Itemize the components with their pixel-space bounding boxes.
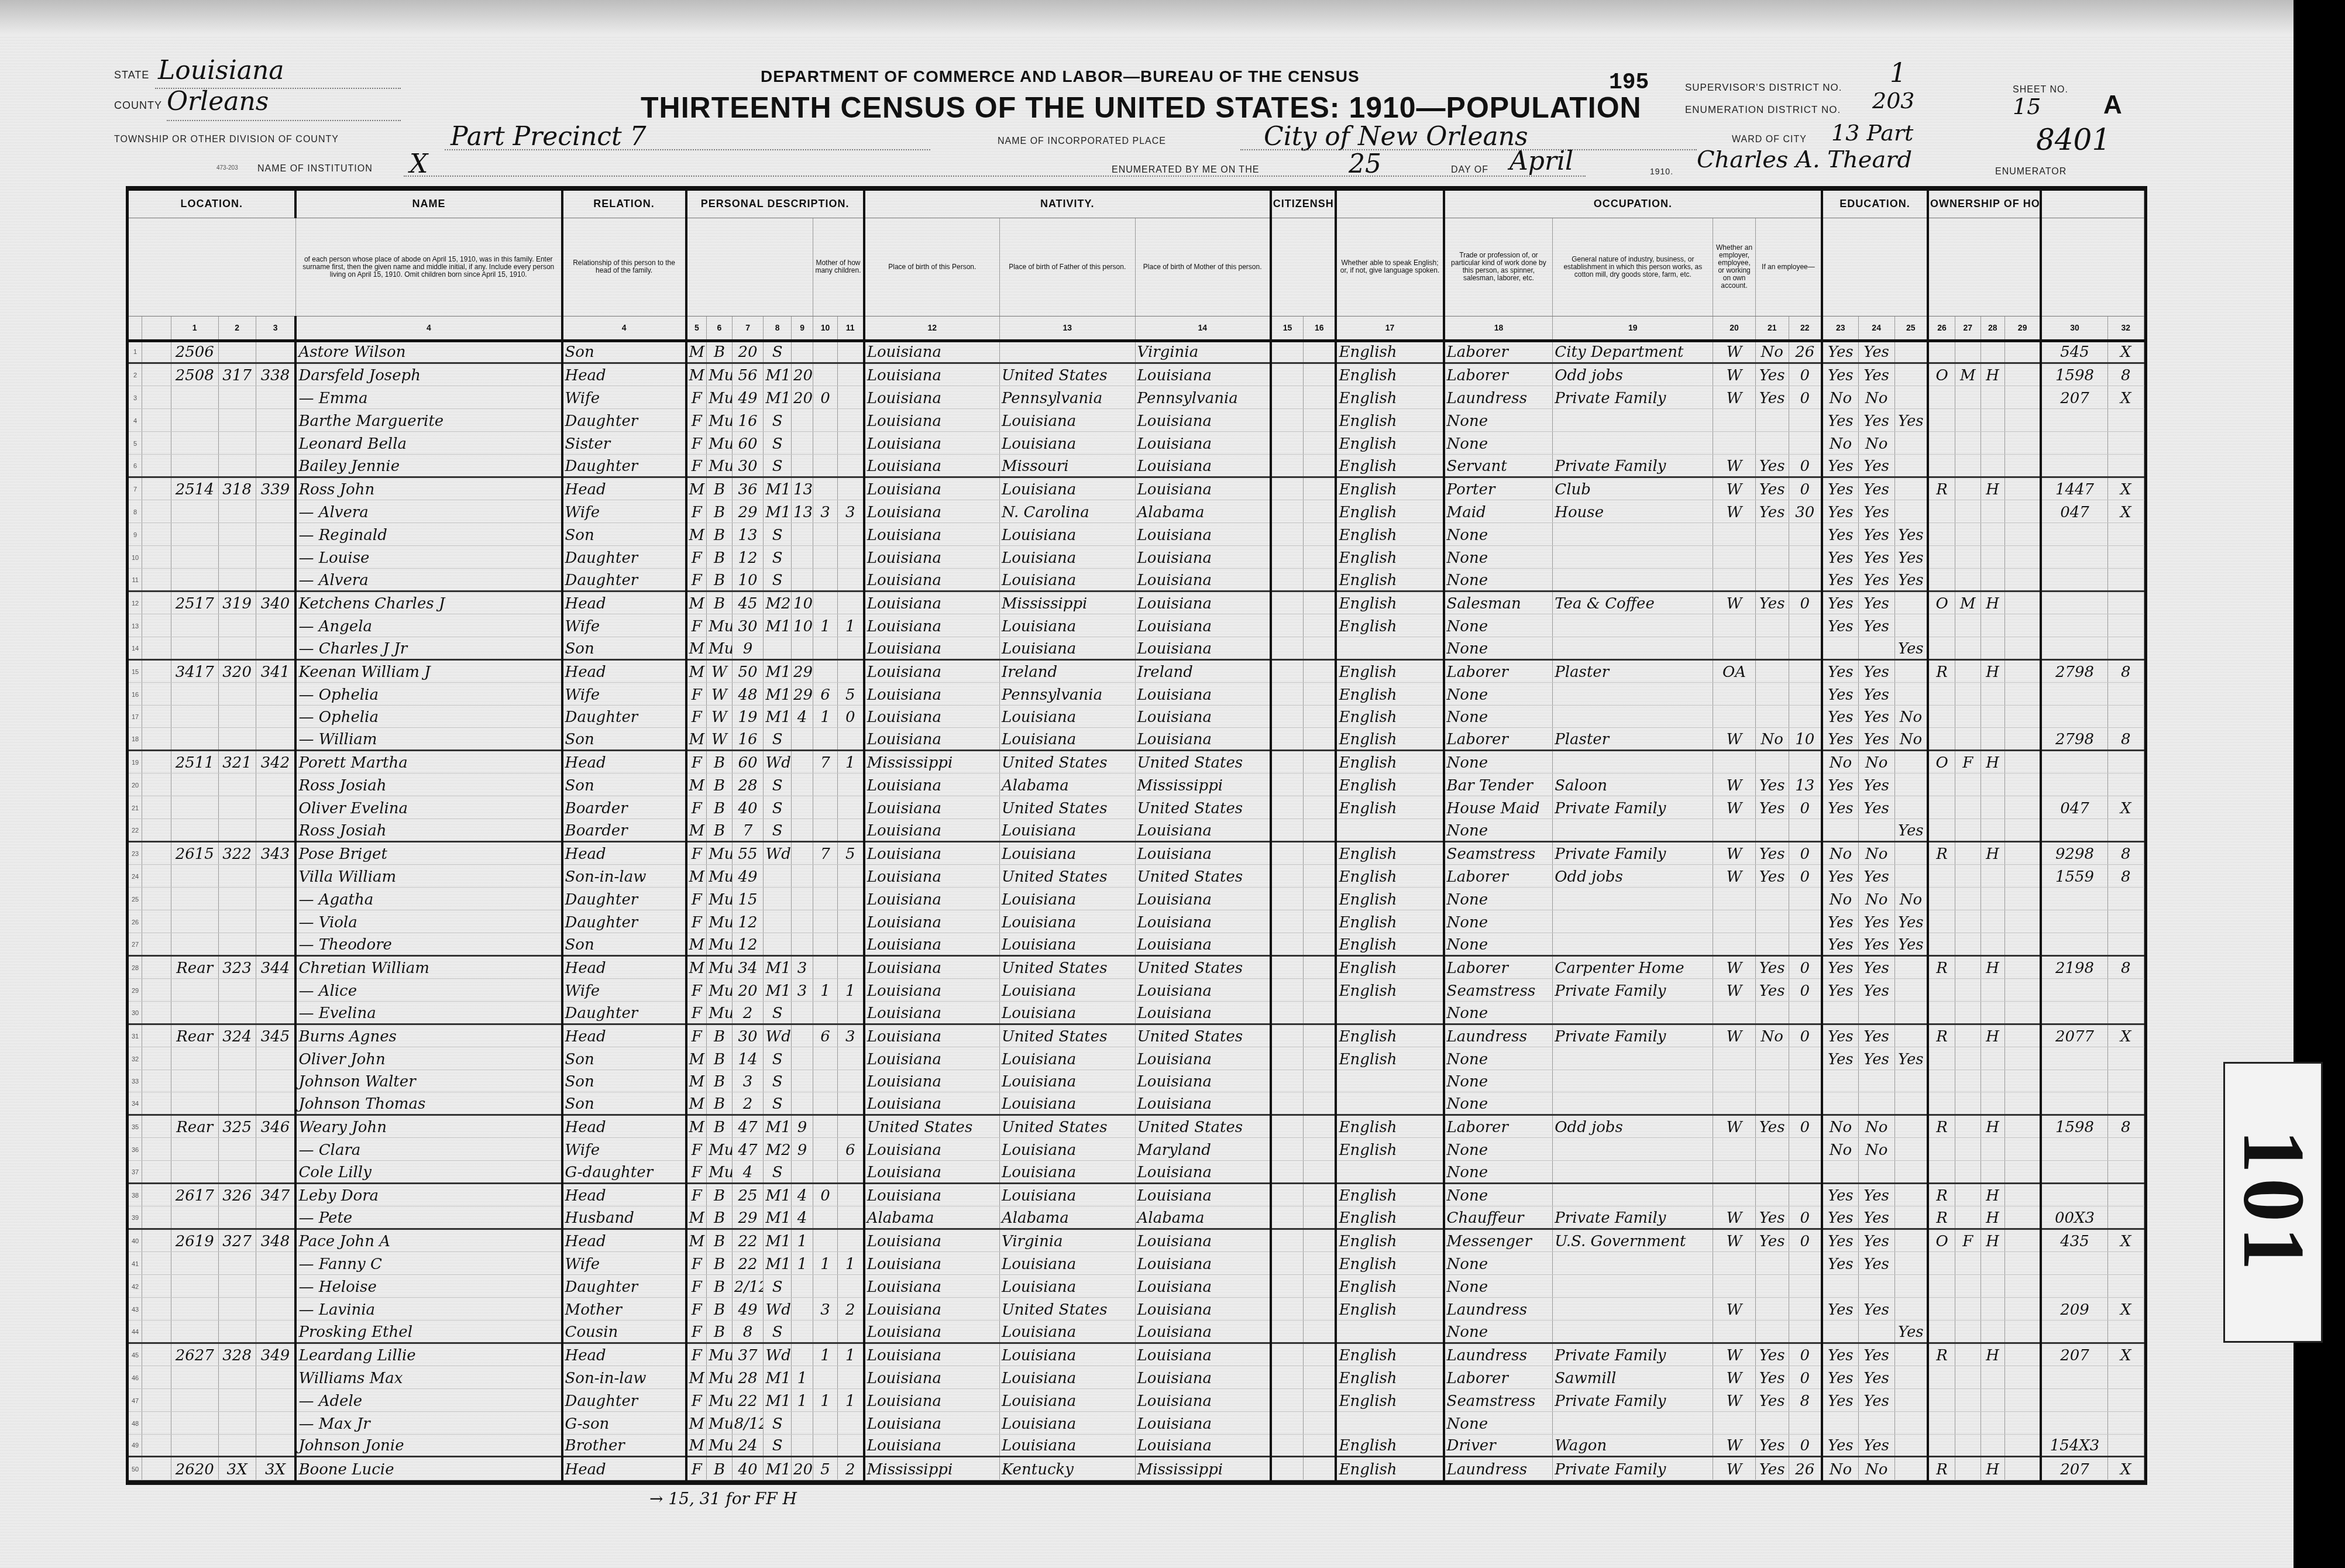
school-cell [1894,1184,1928,1206]
dwelling-number [218,455,256,477]
weeks-out-cell [1789,1184,1822,1206]
write-cell [1858,1092,1894,1115]
read-cell: Yes [1822,773,1858,796]
children-living-cell [837,728,864,751]
read-cell: No [1822,888,1858,910]
farm-house-cell [1980,978,2004,1001]
employment-class-cell: W [1713,1206,1755,1229]
language-cell [1336,1320,1443,1343]
house-number: Rear [171,955,218,978]
dwelling-number [218,819,256,842]
birthplace-cell: Louisiana [864,842,1000,865]
employment-class-cell [1713,1252,1755,1275]
father-birthplace-cell: Louisiana [999,432,1135,455]
code-cell [2041,409,2107,432]
naturalized-cell [1304,1206,1336,1229]
family-number: 347 [256,1184,295,1206]
family-number [256,1252,295,1275]
birthplace-cell: Louisiana [864,933,1000,955]
dwelling-number [218,523,256,546]
family-number [256,865,295,888]
census-row: 35 Rear 325 346 Weary John Head M B 47 M… [129,1115,2144,1138]
col-num: 27 [1955,316,1980,341]
naturalized-cell [1304,363,1336,386]
census-row: 22 Ross Josiah Boarder M B 7 S Louisiana… [129,819,2144,842]
mortgage-cell [1955,865,1980,888]
out-of-work-cell [1755,568,1789,591]
out-of-work-cell: Yes [1755,591,1789,614]
citizenship-desc [1271,218,1336,316]
children-living-cell [837,1229,864,1252]
person-name: — William [295,728,562,751]
mark-cell [2107,591,2144,614]
dwelling-number: 322 [218,842,256,865]
person-name: — Alice [295,978,562,1001]
street-cell [142,568,171,591]
naturalized-cell [1304,1001,1336,1024]
write-cell: Yes [1858,1366,1894,1388]
page-title: THIRTEENTH CENSUS OF THE UNITED STATES: … [641,91,1642,125]
industry-cell [1553,819,1713,842]
out-of-work-cell: Yes [1755,1115,1789,1138]
mortgage-cell [1955,1434,1980,1457]
birthplace-cell: Louisiana [864,1138,1000,1161]
line-number: 43 [129,1297,142,1320]
color-cell: B [707,500,732,523]
trade-cell: Messenger [1444,1229,1553,1252]
group-language [1336,191,1443,218]
person-name: — Reginald [295,523,562,546]
street-cell [142,1161,171,1184]
school-cell [1894,1411,1928,1434]
owned-cell [1928,432,1955,455]
dwelling-number: 327 [218,1229,256,1252]
family-number [256,1161,295,1184]
read-cell [1822,1001,1858,1024]
census-row: 18 — William Son M W 16 S Louisiana Loui… [129,728,2144,751]
trade-cell: None [1444,682,1553,705]
farm-house-cell [1980,1138,2004,1161]
naturalized-cell [1304,1115,1336,1138]
children-born-cell [813,341,837,363]
years-married-cell: 4 [792,705,813,728]
color-cell: W [707,659,732,682]
industry-cell: Carpenter Home [1553,955,1713,978]
birthplace-cell: Louisiana [864,865,1000,888]
census-row: 14 — Charles J Jr Son M Mu 9 Louisiana L… [129,637,2144,659]
house-number: 3417 [171,659,218,682]
relation-cell: Head [562,1229,686,1252]
family-number [256,1092,295,1115]
marital-cell: S [764,455,792,477]
code-cell: 2798 [2041,728,2107,751]
mortgage-cell: M [1955,363,1980,386]
read-cell [1822,819,1858,842]
house-number [171,865,218,888]
street-cell [142,751,171,773]
weeks-out-cell [1789,682,1822,705]
census-row: 4 Barthe Marguerite Daughter F Mu 16 S L… [129,409,2144,432]
state-label: State [114,69,149,81]
sex-cell: M [686,637,707,659]
schedule-cell [2004,796,2041,819]
owned-cell [1928,1138,1955,1161]
school-cell [1894,500,1928,523]
mother-birthplace-cell: Mississippi [1135,1457,1271,1480]
marital-cell [764,637,792,659]
line-number: 28 [129,955,142,978]
person-name: — Emma [295,386,562,409]
naturalized-cell [1304,1274,1336,1297]
color-cell: Mu [707,1411,732,1434]
person-name: Johnson Jonie [295,1434,562,1457]
dwelling-number: 323 [218,955,256,978]
father-birthplace-cell: Louisiana [999,1001,1135,1024]
trade-cell: Laundress [1444,1024,1553,1047]
children-living-cell: 1 [837,1343,864,1366]
dwelling-number [218,1434,256,1457]
person-name: — Charles J Jr [295,637,562,659]
code-cell [2041,1366,2107,1388]
birthplace-cell: Louisiana [864,796,1000,819]
industry-cell: Odd jobs [1553,363,1713,386]
line-number: 21 [129,796,142,819]
years-married-cell: 29 [792,659,813,682]
sex-cell: M [686,1434,707,1457]
mortgage-cell [1955,1070,1980,1092]
sex-cell: M [686,1366,707,1388]
years-married-cell: 20 [792,1457,813,1480]
children-living-cell: 1 [837,1388,864,1411]
write-cell: Yes [1858,1297,1894,1320]
house-number [171,728,218,751]
immigration-year-cell [1271,1070,1304,1092]
house-number [171,500,218,523]
page-tab-label: 101 [2223,1062,2323,1343]
out-of-work-cell: Yes [1755,477,1789,500]
day-of-label: day of [1451,165,1488,176]
mother-birthplace-cell: Louisiana [1135,1070,1271,1092]
mortgage-cell [1955,705,1980,728]
owned-cell [1928,1411,1955,1434]
weeks-out-cell: 0 [1789,477,1822,500]
color-cell: B [707,1092,732,1115]
employment-class-cell: W [1713,978,1755,1001]
schedule-cell [2004,865,2041,888]
weeks-out-cell: 13 [1789,773,1822,796]
marital-cell [764,933,792,955]
weeks-out-cell: 0 [1789,978,1822,1001]
language-cell [1336,1001,1443,1024]
col-num: 32 [2107,316,2144,341]
owned-cell: R [1928,1184,1955,1206]
father-birthplace-cell: United States [999,1297,1135,1320]
employment-class-cell: W [1713,1343,1755,1366]
owned-cell [1928,773,1955,796]
trade-cell: None [1444,614,1553,637]
immigration-year-cell [1271,1343,1304,1366]
father-birthplace-cell: Ireland [999,659,1135,682]
dwelling-number [218,865,256,888]
color-cell: B [707,523,732,546]
mortgage-cell [1955,568,1980,591]
color-cell: Mu [707,1434,732,1457]
group-personal-description: PERSONAL DESCRIPTION. [686,191,864,218]
dwelling-number [218,1138,256,1161]
children-born-cell [813,1001,837,1024]
trade-cell: Servant [1444,455,1553,477]
county-label: County [114,99,162,112]
out-of-work-cell [1755,409,1789,432]
marital-cell: Wd [764,751,792,773]
immigration-year-cell [1271,1366,1304,1388]
weeks-out-cell: 0 [1789,1024,1822,1047]
out-of-work-cell: No [1755,1024,1789,1047]
years-married-cell: 10 [792,591,813,614]
birthplace-cell: Louisiana [864,432,1000,455]
mortgage-cell: M [1955,591,1980,614]
immigration-year-cell [1271,386,1304,409]
read-cell: Yes [1822,363,1858,386]
marital-cell: S [764,1274,792,1297]
farm-house-cell [1980,796,2004,819]
col-num: 11 [837,316,864,341]
birthplace-cell: Louisiana [864,1343,1000,1366]
mother-birthplace-cell: Louisiana [1135,1388,1271,1411]
weeks-out-cell: 0 [1789,455,1822,477]
family-number: 346 [256,1115,295,1138]
school-cell: Yes [1894,545,1928,568]
house-number [171,568,218,591]
dwelling-number [218,341,256,363]
incorporated-place-value: City of New Orleans [1264,122,1528,152]
person-name: Ketchens Charles J [295,591,562,614]
family-number: 348 [256,1229,295,1252]
sex-cell: M [686,955,707,978]
sex-cell: F [686,842,707,865]
father-birthplace-cell: Mississippi [999,591,1135,614]
immigration-year-cell [1271,705,1304,728]
mortgage-cell [1955,1320,1980,1343]
immigration-year-cell [1271,432,1304,455]
census-row: 24 Villa William Son-in-law M Mu 49 Loui… [129,865,2144,888]
birthplace-cell: Mississippi [864,1457,1000,1480]
farm-house-cell [1980,341,2004,363]
schedule-cell [2004,1047,2041,1070]
language-cell: English [1336,705,1443,728]
years-married-cell: 1 [792,1366,813,1388]
weeks-out-cell [1789,1320,1822,1343]
person-name: Williams Max [295,1366,562,1388]
institution-label: Name of institution [257,164,373,174]
birthplace-cell: Louisiana [864,409,1000,432]
marital-cell: M1 [764,1457,792,1480]
years-married-cell [792,568,813,591]
father-birthplace-cell: Louisiana [999,1047,1135,1070]
color-cell: B [707,751,732,773]
naturalized-cell [1304,523,1336,546]
father-birthplace-cell: United States [999,1024,1135,1047]
street-cell [142,363,171,386]
farm-house-cell [1980,705,2004,728]
industry-cell: Private Family [1553,796,1713,819]
relation-cell: Son [562,341,686,363]
write-cell: Yes [1858,1388,1894,1411]
owned-cell [1928,682,1955,705]
language-cell: English [1336,955,1443,978]
mortgage-cell [1955,1457,1980,1480]
children-born-cell: 0 [813,386,837,409]
marital-cell: Wd [764,842,792,865]
mother-birthplace-cell: Louisiana [1135,432,1271,455]
years-married-cell: 1 [792,1388,813,1411]
school-cell [1894,1092,1928,1115]
schedule-cell [2004,1092,2041,1115]
owned-cell: R [1928,955,1955,978]
naturalized-cell [1304,1184,1336,1206]
children-born-cell: 1 [813,978,837,1001]
industry-cell: City Department [1553,341,1713,363]
mark-cell: X [2107,386,2144,409]
col-num: 4 [562,316,686,341]
birthplace-cell: United States [864,1115,1000,1138]
mortgage-cell [1955,500,1980,523]
owned-cell [1928,1274,1955,1297]
mark-cell: X [2107,500,2144,523]
out-of-work-cell [1755,751,1789,773]
children-desc: Mother of how many children. [813,218,864,316]
schedule-cell [2004,1411,2041,1434]
trade-cell: Laborer [1444,1115,1553,1138]
employment-class-cell [1713,819,1755,842]
schedule-cell [2004,523,2041,546]
marital-cell: S [764,1434,792,1457]
mother-birthplace-cell: Louisiana [1135,1184,1271,1206]
children-living-cell [837,1366,864,1388]
sex-cell: F [686,455,707,477]
dwelling-number [218,637,256,659]
out-of-work-cell: No [1755,728,1789,751]
weeks-out-cell [1789,637,1822,659]
employment-class-cell [1713,705,1755,728]
industry-cell [1553,523,1713,546]
out-of-work-cell: No [1755,341,1789,363]
out-of-work-cell: Yes [1755,1434,1789,1457]
street-cell [142,1388,171,1411]
mother-birthplace-cell: Virginia [1135,341,1271,363]
dwelling-number [218,409,256,432]
mother-birthplace-cell: Louisiana [1135,591,1271,614]
house-number [171,637,218,659]
dwelling-number: 321 [218,751,256,773]
language-cell: English [1336,796,1443,819]
street-cell [142,477,171,500]
person-name: — Pete [295,1206,562,1229]
mother-birthplace-cell: Louisiana [1135,1252,1271,1275]
code-cell [2041,1388,2107,1411]
house-number [171,1161,218,1184]
language-desc: Whether able to speak English; or, if no… [1336,218,1443,316]
out-of-work-cell [1755,659,1789,682]
street-cell [142,705,171,728]
age-cell: 36 [732,477,764,500]
farm-house-cell [1980,888,2004,910]
children-born-cell [813,568,837,591]
immigration-year-cell [1271,455,1304,477]
schedule-cell [2004,1161,2041,1184]
relation-cell: Son [562,728,686,751]
family-number: 3X [256,1457,295,1480]
sex-cell: M [686,659,707,682]
color-cell: B [707,773,732,796]
street-cell [142,1070,171,1092]
person-name: Darsfeld Joseph [295,363,562,386]
naturalized-cell [1304,1252,1336,1275]
line-number: 8 [129,500,142,523]
father-birthplace-cell: Louisiana [999,1343,1135,1366]
personal-desc [686,218,813,316]
naturalized-cell [1304,933,1336,955]
trade-cell: Laundress [1444,1297,1553,1320]
farm-house-cell [1980,614,2004,637]
years-married-cell [792,545,813,568]
line-number: 1 [129,341,142,363]
dwelling-number [218,1366,256,1388]
farm-house-cell [1980,728,2004,751]
birthplace-cell: Louisiana [864,1366,1000,1388]
sex-cell: F [686,888,707,910]
naturalized-cell [1304,819,1336,842]
owned-cell [1928,409,1955,432]
street-cell [142,1320,171,1343]
family-number [256,1047,295,1070]
employment-class-cell: W [1713,728,1755,751]
father-birthplace-cell: Louisiana [999,933,1135,955]
col-num [129,316,142,341]
census-row: 43 — Lavinia Mother F B 49 Wd 3 2 Louisi… [129,1297,2144,1320]
census-row: 16 — Ophelia Wife F W 48 M1 29 6 5 Louis… [129,682,2144,705]
naturalized-cell [1304,1092,1336,1115]
trade-cell: None [1444,1001,1553,1024]
farm-house-cell [1980,1297,2004,1320]
write-cell: No [1858,386,1894,409]
street-cell [142,545,171,568]
family-number [256,386,295,409]
dwelling-number [218,1411,256,1434]
weeks-out-cell: 26 [1789,341,1822,363]
col-num: 14 [1135,316,1271,341]
line-number: 47 [129,1388,142,1411]
line-number: 30 [129,1001,142,1024]
census-row: 23 2615 322 343 Pose Briget Head F Mu 55… [129,842,2144,865]
code-cell: 207 [2041,1343,2107,1366]
industry-cell [1553,705,1713,728]
sex-cell: F [686,1138,707,1161]
street-cell [142,591,171,614]
family-number: 345 [256,1024,295,1047]
line-number: 42 [129,1274,142,1297]
schedule-cell [2004,341,2041,363]
weeks-out-cell [1789,1070,1822,1092]
extra-desc [2041,218,2144,316]
children-born-cell [813,409,837,432]
owned-cell [1928,1320,1955,1343]
mortgage-cell [1955,773,1980,796]
group-extra [2041,191,2144,218]
children-living-cell [837,409,864,432]
write-cell: No [1858,1138,1894,1161]
house-number [171,1138,218,1161]
